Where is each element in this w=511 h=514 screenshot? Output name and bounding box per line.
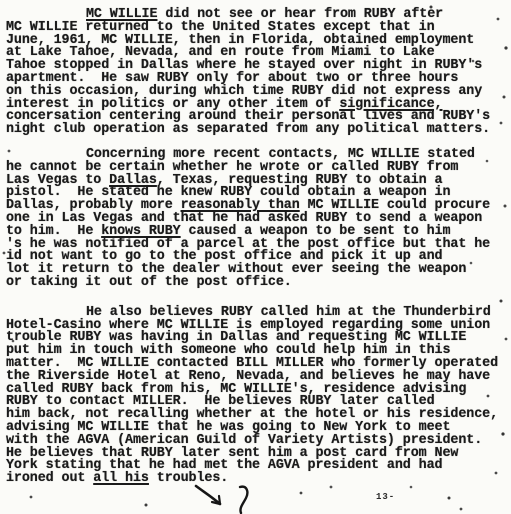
paragraph: He also believes RUBY called him at the … <box>6 307 509 486</box>
document-body: MC WILLIE did not see or hear from RUBY … <box>6 9 509 486</box>
page-number-mark: 13- <box>376 492 395 502</box>
paragraph: Concerning more recent contacts, MC WILL… <box>6 149 509 290</box>
text-segment: ironed out <box>6 471 93 486</box>
photocopy-noise <box>0 0 2 2</box>
document-line: night club operation as separated from a… <box>6 124 509 137</box>
paragraph: MC WILLIE did not see or hear from RUBY … <box>6 9 509 137</box>
document-line: or taking it out of the post office. <box>6 277 509 290</box>
underlined-text: all his <box>93 471 149 486</box>
text-segment: night club operation as separated from a… <box>6 122 490 137</box>
text-segment: or taking it out of the post office. <box>6 275 292 290</box>
scanned-document-page: MC WILLIE did not see or hear from RUBY … <box>0 0 511 514</box>
handwritten-check-mark <box>192 484 262 514</box>
